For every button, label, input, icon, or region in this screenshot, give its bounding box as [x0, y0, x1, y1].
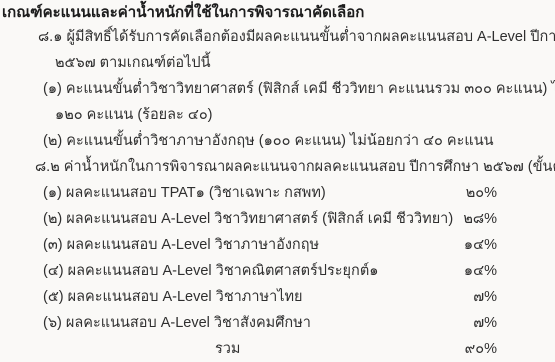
weight-row-value: ๗% [473, 287, 497, 307]
weight-total-row: รวม ๙๐% [215, 339, 497, 359]
weight-row-thai: (๕) ผลคะแนนสอบ A-Level วิชาภาษาไทย ๗% [43, 287, 497, 307]
weight-row-english: (๓) ผลคะแนนสอบ A-Level วิชาภาษาอังกฤษ ๑๔… [43, 235, 497, 255]
weight-row-value: ๗% [473, 313, 497, 333]
document-page: เกณฑ์คะแนนและค่าน้ำหนักที่ใช้ในการพิจารณ… [0, 0, 555, 362]
weight-total-value: ๙๐% [465, 339, 497, 359]
section-8-1-intro-line-1: ๘.๑ ผู้มีสิทธิ์ได้รับการคัดเลือกต้องมีผล… [38, 27, 555, 47]
weight-row-label: (๒) ผลคะแนนสอบ A-Level วิชาวิทยาศาสตร์ (… [43, 209, 453, 229]
weight-row-label: (๓) ผลคะแนนสอบ A-Level วิชาภาษาอังกฤษ [43, 235, 319, 255]
section-8-1-item-2: (๒) คะแนนขั้นต่ำวิชาภาษาอังกฤษ (๑๐๐ คะแน… [43, 131, 494, 151]
weight-total-label: รวม [215, 339, 241, 359]
weight-row-value: ๑๔% [464, 235, 497, 255]
weight-row-value: ๒๐% [466, 183, 497, 203]
weight-row-value: ๑๔% [464, 261, 497, 281]
weight-row-math: (๔) ผลคะแนนสอบ A-Level วิชาคณิตศาสตร์ประ… [43, 261, 497, 281]
weight-row-label: (๔) ผลคะแนนสอบ A-Level วิชาคณิตศาสตร์ประ… [43, 261, 378, 281]
section-8-2-heading: ๘.๒ ค่าน้ำหนักในการพิจารณาผลคะแนนจากผลคะ… [35, 157, 555, 177]
weight-row-label: (๑) ผลคะแนนสอบ TPAT๑ (วิชาเฉพาะ กสพท) [43, 183, 326, 203]
weight-row-science: (๒) ผลคะแนนสอบ A-Level วิชาวิทยาศาสตร์ (… [43, 209, 497, 229]
section-8-1-item-1-line-2: ๑๒๐ คะแนน (ร้อยละ ๔๐) [55, 105, 213, 125]
weight-row-value: ๒๘% [463, 209, 497, 229]
weight-row-social: (๖) ผลคะแนนสอบ A-Level วิชาสังคมศึกษา ๗% [43, 313, 497, 333]
document-title: เกณฑ์คะแนนและค่าน้ำหนักที่ใช้ในการพิจารณ… [2, 3, 364, 23]
weight-row-tpat1: (๑) ผลคะแนนสอบ TPAT๑ (วิชาเฉพาะ กสพท) ๒๐… [43, 183, 497, 203]
section-8-1-item-1-line-1: (๑) คะแนนขั้นต่ำวิชาวิทยาศาสตร์ (ฟิสิกส์… [43, 79, 555, 99]
section-8-1-intro-line-2: ๒๕๖๗ ตามเกณฑ์ต่อไปนี้ [55, 53, 211, 73]
weight-row-label: (๕) ผลคะแนนสอบ A-Level วิชาภาษาไทย [43, 287, 303, 307]
weight-row-label: (๖) ผลคะแนนสอบ A-Level วิชาสังคมศึกษา [43, 313, 311, 333]
